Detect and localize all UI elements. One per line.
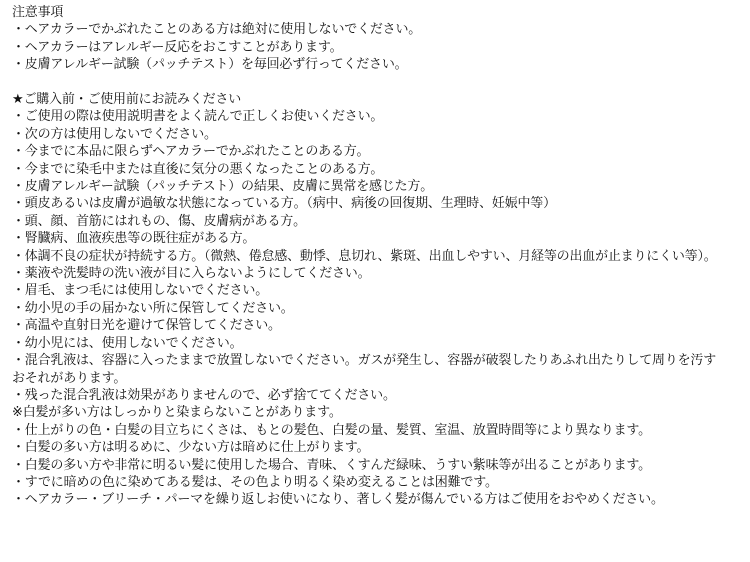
usage-note-item: ※白髪が多い方はしっかりと染まらないことがあります。 xyxy=(12,404,726,421)
usage-note-item: ・幼小児の手の届かない所に保管してください。 xyxy=(12,300,726,317)
usage-note-item: ・仕上がりの色・白髪の目立ちにくさは、もとの髪色、白髪の量、髪質、室温、放置時間… xyxy=(12,422,726,439)
usage-note-item: ・混合乳液は、容器に入ったままで放置しないでください。ガスが発生し、容器が破裂し… xyxy=(12,352,726,387)
usage-note-item: ・ご使用の際は使用説明書をよく読んで正しくお使いください。 xyxy=(12,108,726,125)
usage-note-item: ・体調不良の症状が持続する方。（微熱、倦怠感、動悸、息切れ、紫斑、出血しやすい、… xyxy=(12,248,726,265)
precaution-item: ・皮膚アレルギー試験（パッチテスト）を毎回必ず行ってください。 xyxy=(12,56,726,73)
precautions-document: 注意事項 ・ヘアカラーでかぶれたことのある方は絶対に使用しないでください。 ・ヘ… xyxy=(12,4,726,509)
usage-note-item: ・腎臓病、血液疾患等の既往症がある方。 xyxy=(12,230,726,247)
precaution-item: ・ヘアカラーでかぶれたことのある方は絶対に使用しないでください。 xyxy=(12,21,726,38)
usage-note-item: ・すでに暗めの色に染めてある髪は、その色より明るく染め変えることは困難です。 xyxy=(12,474,726,491)
usage-note-item: ・ヘアカラー・ブリーチ・パーマを繰り返しお使いになり、著しく髪が傷んでいる方はご… xyxy=(12,491,726,508)
usage-note-item: ・今までに染毛中または直後に気分の悪くなったことのある方。 xyxy=(12,161,726,178)
usage-note-item: ・白髪の多い方は明るめに、少ない方は暗めに仕上がります。 xyxy=(12,439,726,456)
section-title-precautions: 注意事項 xyxy=(12,4,726,21)
usage-note-item: ・皮膚アレルギー試験（パッチテスト）の結果、皮膚に異常を感じた方。 xyxy=(12,178,726,195)
precaution-item: ・ヘアカラーはアレルギー反応をおこすことがあります。 xyxy=(12,39,726,56)
usage-note-item: ・白髪の多い方や非常に明るい髪に使用した場合、青味、くすんだ緑味、うすい紫味等が… xyxy=(12,457,726,474)
usage-note-item: ・次の方は使用しないでください。 xyxy=(12,126,726,143)
spacer xyxy=(12,74,726,91)
usage-note-item: ・眉毛、まつ毛には使用しないでください。 xyxy=(12,282,726,299)
usage-note-item: ・今までに本品に限らずヘアカラーでかぶれたことのある方。 xyxy=(12,143,726,160)
usage-note-item: ・残った混合乳液は効果がありませんので、必ず捨ててください。 xyxy=(12,387,726,404)
usage-note-item: ・薬液や洗髪時の洗い液が目に入らないようにしてください。 xyxy=(12,265,726,282)
usage-note-item: ・幼小児には、使用しないでください。 xyxy=(12,335,726,352)
usage-note-item: ・頭、顔、首筋にはれもの、傷、皮膚病がある方。 xyxy=(12,213,726,230)
usage-note-item: ・高温や直射日光を避けて保管してください。 xyxy=(12,317,726,334)
section-title-read-before-use: ★ご購入前・ご使用前にお読みください xyxy=(12,91,726,108)
usage-note-item: ・頭皮あるいは皮膚が過敏な状態になっている方。（病中、病後の回復期、生理時、妊娠… xyxy=(12,195,726,212)
